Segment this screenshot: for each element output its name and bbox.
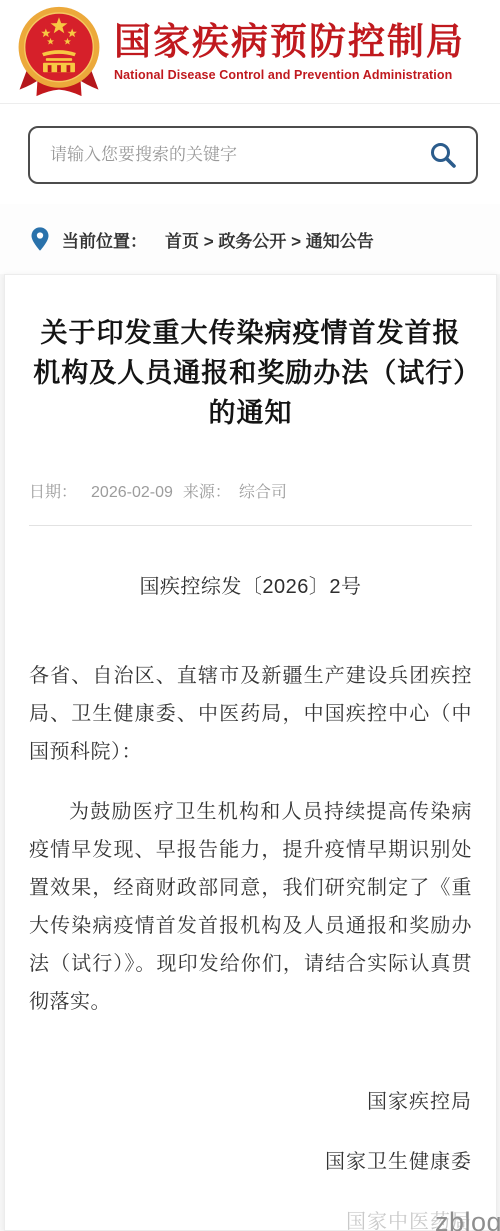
date-label: 日期： [29, 479, 77, 502]
document-number: 国疾控综发〔2026〕2号 [29, 570, 472, 599]
breadcrumb-label: 当前位置： [62, 227, 147, 252]
org-name-chinese: 国家疾病预防控制局 [114, 21, 465, 63]
meta-divider [29, 525, 472, 526]
source-label: 来源： [183, 479, 231, 502]
org-name-english: National Disease Control and Prevention … [114, 68, 465, 82]
breadcrumb-path[interactable]: 首页 > 政务公开 > 通知公告 [165, 227, 374, 252]
signature-line: 国家疾控局 [29, 1085, 472, 1114]
signature-block: 国家疾控局 国家卫生健康委 国家中医药局 [29, 1085, 472, 1231]
date-value: 2026-02-09 [91, 484, 173, 502]
site-header: 国家疾病预防控制局 National Disease Control and P… [0, 0, 500, 104]
search-box[interactable] [28, 126, 478, 184]
national-emblem-icon [12, 5, 106, 99]
org-names: 国家疾病预防控制局 National Disease Control and P… [114, 21, 465, 82]
location-pin-icon [30, 226, 50, 252]
article-card: 关于印发重大传染病疫情首发首报机构及人员通报和奖励办法（试行）的通知 日期： 2… [4, 274, 497, 1231]
article-paragraph: 各省、自治区、直辖市及新疆生产建设兵团疾控局、卫生健康委、中医药局，中国疾控中心… [29, 657, 472, 771]
article-paragraph: 为鼓励医疗卫生机构和人员持续提高传染病疫情早发现、早报告能力，提升疫情早期识别处… [29, 793, 472, 1021]
search-input[interactable] [50, 145, 428, 165]
search-section [0, 104, 500, 204]
signature-line: 国家中医药局 [29, 1205, 472, 1231]
signature-line: 国家卫生健康委 [29, 1145, 472, 1174]
source-value: 综合司 [239, 479, 287, 502]
breadcrumb: 当前位置： 首页 > 政务公开 > 通知公告 [0, 204, 500, 274]
article-title: 关于印发重大传染病疫情首发首报机构及人员通报和奖励办法（试行）的通知 [29, 275, 472, 433]
page: 国家疾病预防控制局 National Disease Control and P… [0, 0, 500, 1231]
watermark: zblog [435, 1207, 500, 1231]
national-emblem-logo[interactable] [12, 5, 106, 99]
article-meta: 日期： 2026-02-09 来源： 综合司 [29, 479, 472, 502]
search-icon[interactable] [428, 140, 458, 170]
